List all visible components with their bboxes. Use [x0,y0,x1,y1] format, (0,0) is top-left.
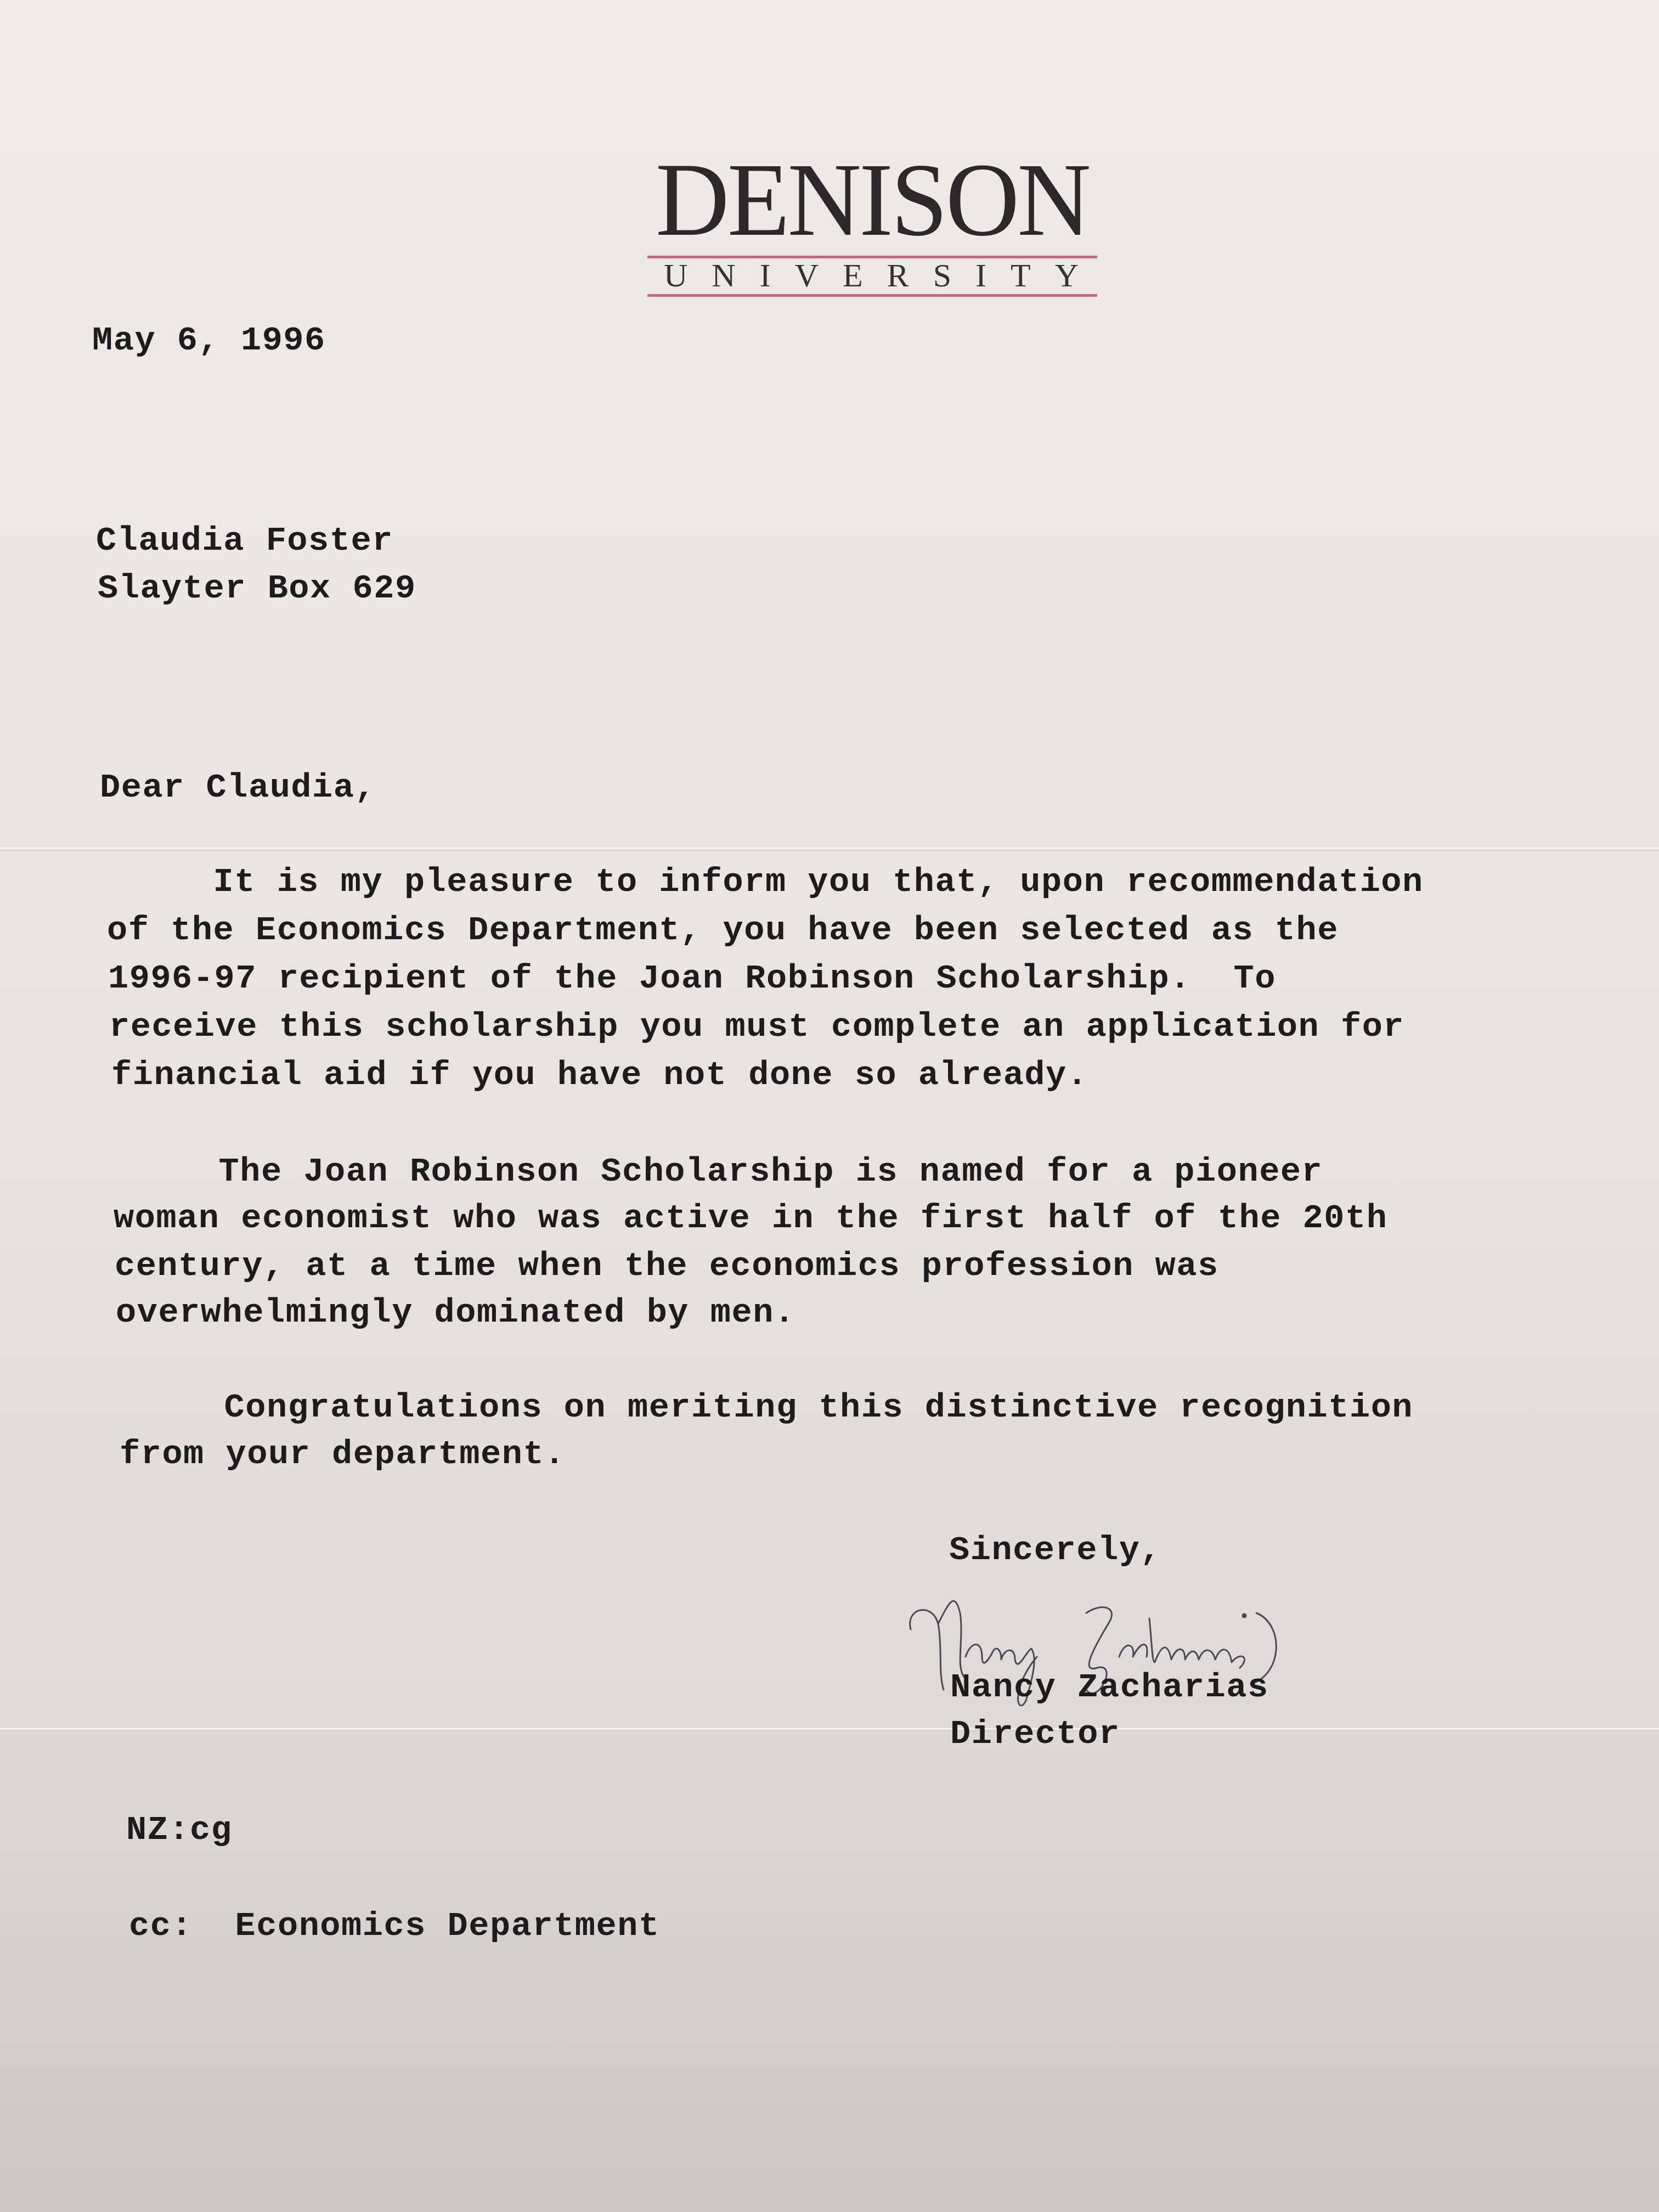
body-line: century, at a time when the economics pr… [115,1246,1219,1285]
paper-fold-top [0,848,1659,851]
body-line: woman economist who was active in the fi… [114,1199,1387,1238]
recipient-name: Claudia Foster [96,521,393,560]
body-line: The Joan Robinson Scholarship is named f… [112,1152,1323,1191]
body-line: from your department. [120,1435,566,1474]
body-line: It is my pleasure to inform you that, up… [107,862,1424,901]
body-line: of the Economics Department, you have be… [107,911,1339,950]
recipient-address: Slayter Box 629 [98,569,416,608]
reference-initials: NZ:cg [126,1810,233,1849]
letter-date: May 6, 1996 [92,321,326,360]
paper-fold-bottom [0,1728,1659,1731]
body-line: 1996-97 recipient of the Joan Robinson S… [108,959,1276,998]
logo-subtitle: UNIVERSITY [647,258,1097,293]
body-line: Congratulations on meriting this distinc… [118,1388,1413,1427]
body-line: receive this scholarship you must comple… [109,1007,1404,1046]
cc-line: cc: Economics Department [129,1906,660,1945]
salutation: Dear Claudia, [100,768,376,807]
logo-rule-bottom [647,294,1097,297]
logo-wordmark: DENISON [652,148,1093,252]
closing: Sincerely, [949,1531,1161,1570]
signer-name: Nancy Zacharias [950,1668,1269,1707]
body-line: financial aid if you have not done so al… [111,1056,1088,1094]
denison-university-logo: DENISON UNIVERSITY [647,148,1097,297]
body-line: overwhelmingly dominated by men. [116,1293,795,1332]
signer-title: Director [950,1714,1120,1753]
